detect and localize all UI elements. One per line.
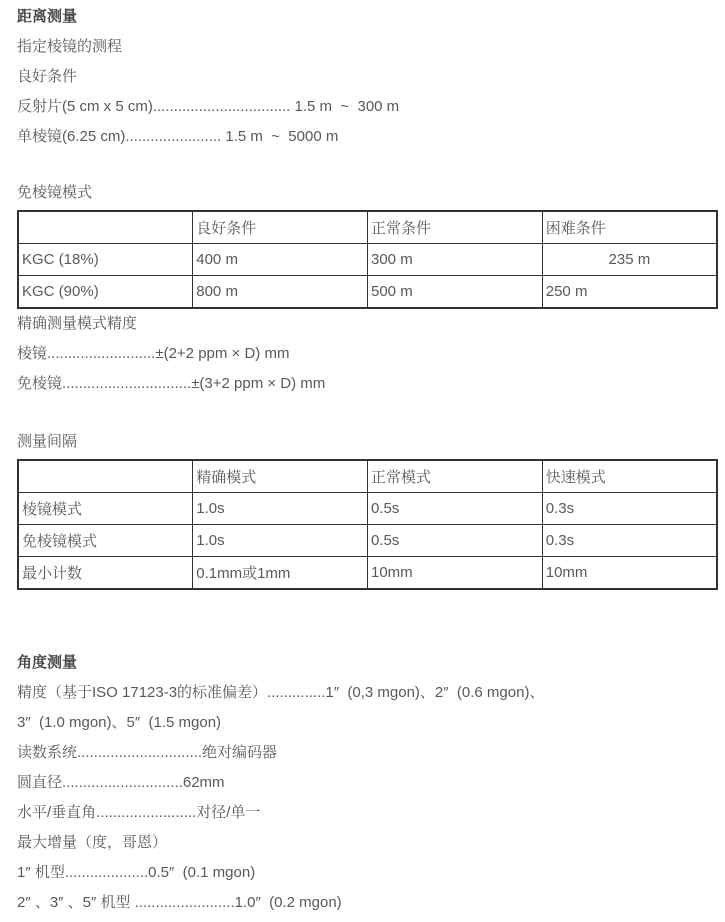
horizontal-vertical-angle-line: 水平/垂直角........................对径/单一: [17, 798, 719, 828]
table-cell: 400 m: [193, 244, 368, 276]
table-header-row: 精确模式 正常模式 快速模式: [18, 460, 717, 493]
table-row: 最小计数 0.1mm或1mm 10mm 10mm: [18, 557, 717, 590]
table-header-cell: 良好条件: [193, 211, 368, 244]
table-row: KGC (18%) 400 m 300 m 235 m: [18, 244, 717, 276]
prism-range-label: 指定棱镜的测程: [17, 32, 719, 62]
model-235s-increment-line: 2″ 、3″ 、5″ 机型 ........................1.…: [17, 888, 719, 918]
reflectorless-precision-line: 免棱镜...............................±(3+2 …: [17, 369, 719, 399]
angle-accuracy-line-1: 精度（基于ISO 17123-3的标准偏差）..............1″ (…: [17, 678, 719, 708]
measurement-interval-table: 精确模式 正常模式 快速模式 棱镜模式 1.0s 0.5s 0.3s 免棱镜模式…: [17, 459, 718, 590]
table-cell: 免棱镜模式: [18, 525, 193, 557]
table-cell: 0.5s: [368, 493, 543, 525]
table-cell: 1.0s: [193, 525, 368, 557]
table-cell: 0.1mm或1mm: [193, 557, 368, 590]
table-cell: 800 m: [193, 276, 368, 309]
table-cell: 最小计数: [18, 557, 193, 590]
table-cell: 235 m: [542, 244, 717, 276]
table-cell: 250 m: [542, 276, 717, 309]
reading-system-line: 读数系统..............................绝对编码器: [17, 738, 719, 768]
distance-section-title: 距离测量: [17, 2, 719, 32]
circle-diameter-line: 圆直径.............................62mm: [17, 768, 719, 798]
table-header-cell: 困难条件: [542, 211, 717, 244]
table-header-row: 良好条件 正常条件 困难条件: [18, 211, 717, 244]
table-cell: 棱镜模式: [18, 493, 193, 525]
spacer: [17, 399, 719, 427]
reflectorless-mode-label: 免棱镜模式: [17, 178, 719, 208]
model-1s-increment-line: 1″ 机型....................0.5″ (0.1 mgon): [17, 858, 719, 888]
table-header-cell: 精确模式: [193, 460, 368, 493]
table-cell: 0.3s: [542, 493, 717, 525]
table-cell: 10mm: [368, 557, 543, 590]
reflector-range-line: 反射片(5 cm x 5 cm)........................…: [17, 92, 719, 122]
precision-mode-label: 精确测量模式精度: [17, 309, 719, 339]
spec-document: 距离测量 指定棱镜的测程 良好条件 反射片(5 cm x 5 cm)......…: [0, 0, 725, 918]
max-increment-label: 最大增量（度，哥恩）: [17, 828, 719, 858]
table-row: 棱镜模式 1.0s 0.5s 0.3s: [18, 493, 717, 525]
table-header-cell: [18, 460, 193, 493]
angle-accuracy-line-2: 3″ (1.0 mgon)、5″ (1.5 mgon): [17, 708, 719, 738]
prism-precision-line: 棱镜..........................±(2+2 ppm × …: [17, 339, 719, 369]
table-cell: 500 m: [368, 276, 543, 309]
measurement-interval-label: 测量间隔: [17, 427, 719, 457]
table-header-cell: [18, 211, 193, 244]
table-row: 免棱镜模式 1.0s 0.5s 0.3s: [18, 525, 717, 557]
table-row: KGC (90%) 800 m 500 m 250 m: [18, 276, 717, 309]
reflectorless-range-table: 良好条件 正常条件 困难条件 KGC (18%) 400 m 300 m 235…: [17, 210, 718, 309]
spacer: [17, 152, 719, 178]
good-conditions-label: 良好条件: [17, 62, 719, 92]
single-prism-range-line: 单棱镜(6.25 cm)....................... 1.5 …: [17, 122, 719, 152]
table-cell: 1.0s: [193, 493, 368, 525]
table-cell: KGC (90%): [18, 276, 193, 309]
table-cell: KGC (18%): [18, 244, 193, 276]
table-cell: 300 m: [368, 244, 543, 276]
table-header-cell: 正常条件: [368, 211, 543, 244]
table-cell: 0.3s: [542, 525, 717, 557]
table-cell: 10mm: [542, 557, 717, 590]
table-header-cell: 正常模式: [368, 460, 543, 493]
angle-section-title: 角度测量: [17, 648, 719, 678]
table-cell: 0.5s: [368, 525, 543, 557]
spacer: [17, 590, 719, 648]
table-header-cell: 快速模式: [542, 460, 717, 493]
